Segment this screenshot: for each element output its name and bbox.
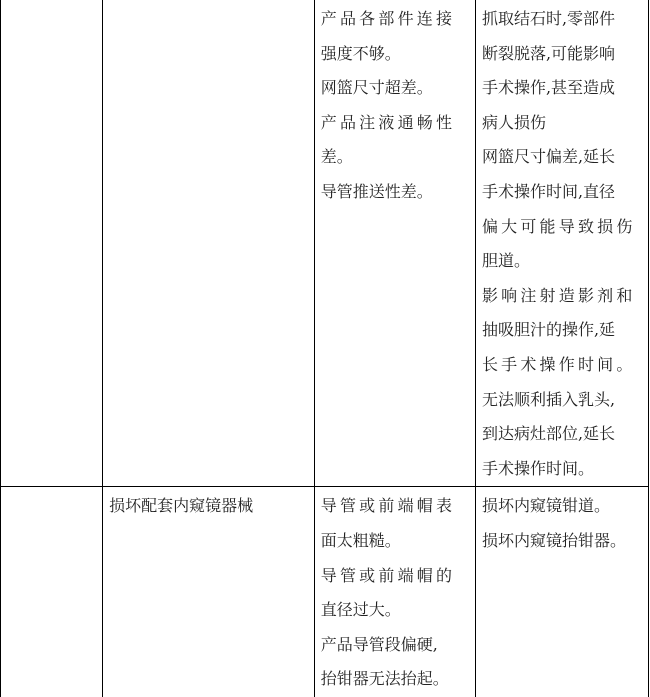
consequence-line: 手术操作,甚至造成 bbox=[482, 71, 644, 106]
consequence-line: 手术操作时间。 bbox=[482, 452, 644, 487]
consequence-line: 网篮尺寸偏差,延长 bbox=[482, 140, 644, 175]
consequence-line: 无法顺利插入乳头, bbox=[482, 383, 644, 418]
cause-line: 导管或前端帽的 bbox=[321, 559, 471, 594]
cause-line: 产品注液通畅性 bbox=[321, 106, 471, 141]
consequence-line: 偏大可能导致损伤 bbox=[482, 210, 644, 245]
cause-line: 导管或前端帽表 bbox=[321, 489, 471, 524]
table-row: 损坏配套内窥镜器械 导管或前端帽表 面太粗糙。 导管或前端帽的 直径过大。 产品… bbox=[1, 487, 649, 697]
cause-line: 面太粗糙。 bbox=[321, 524, 471, 559]
cause-line: 产品各部件连接 bbox=[321, 2, 471, 37]
consequence-line: 到达病灶部位,延长 bbox=[482, 417, 644, 452]
cause-line: 强度不够。 bbox=[321, 37, 471, 72]
cause-line: 产品导管段偏硬, bbox=[321, 628, 471, 663]
cause-line: 差。 bbox=[321, 140, 471, 175]
consequence-line: 损坏内窥镜抬钳器。 bbox=[482, 524, 644, 559]
consequence-line: 病人损伤 bbox=[482, 106, 644, 141]
table-cell-consequence: 损坏内窥镜钳道。 损坏内窥镜抬钳器。 bbox=[475, 487, 648, 697]
cause-line: 导管推送性差。 bbox=[321, 175, 471, 210]
table-cell-consequence: 抓取结石时,零部件 断裂脱落,可能影响 手术操作,甚至造成 病人损伤 网篮尺寸偏… bbox=[475, 0, 648, 487]
table-cell-cause: 产品各部件连接 强度不够。 网篮尺寸超差。 产品注液通畅性 差。 导管推送性差。 bbox=[314, 0, 475, 487]
hazard-line: 损坏配套内窥镜器械 bbox=[109, 489, 310, 524]
consequence-line: 胆道。 bbox=[482, 244, 644, 279]
table-cell-hazard bbox=[103, 0, 315, 487]
consequence-line: 长手术操作时间。 bbox=[482, 348, 644, 383]
table-cell-cause: 导管或前端帽表 面太粗糙。 导管或前端帽的 直径过大。 产品导管段偏硬, 抬钳器… bbox=[314, 487, 475, 697]
consequence-line: 抓取结石时,零部件 bbox=[482, 2, 644, 37]
consequence-line: 影响注射造影剂和 bbox=[482, 279, 644, 314]
risk-analysis-table: 产品各部件连接 强度不够。 网篮尺寸超差。 产品注液通畅性 差。 导管推送性差。… bbox=[0, 0, 649, 697]
table-cell-hazard: 损坏配套内窥镜器械 bbox=[103, 487, 315, 697]
cause-line: 网篮尺寸超差。 bbox=[321, 71, 471, 106]
consequence-line: 抽吸胆汁的操作,延 bbox=[482, 313, 644, 348]
table-row: 产品各部件连接 强度不够。 网篮尺寸超差。 产品注液通畅性 差。 导管推送性差。… bbox=[1, 0, 649, 487]
table-cell-category bbox=[1, 487, 103, 697]
table-cell-category bbox=[1, 0, 103, 487]
consequence-line: 断裂脱落,可能影响 bbox=[482, 37, 644, 72]
consequence-line: 手术操作时间,直径 bbox=[482, 175, 644, 210]
cause-line: 直径过大。 bbox=[321, 593, 471, 628]
consequence-line: 损坏内窥镜钳道。 bbox=[482, 489, 644, 524]
cause-line: 抬钳器无法抬起。 bbox=[321, 662, 471, 697]
